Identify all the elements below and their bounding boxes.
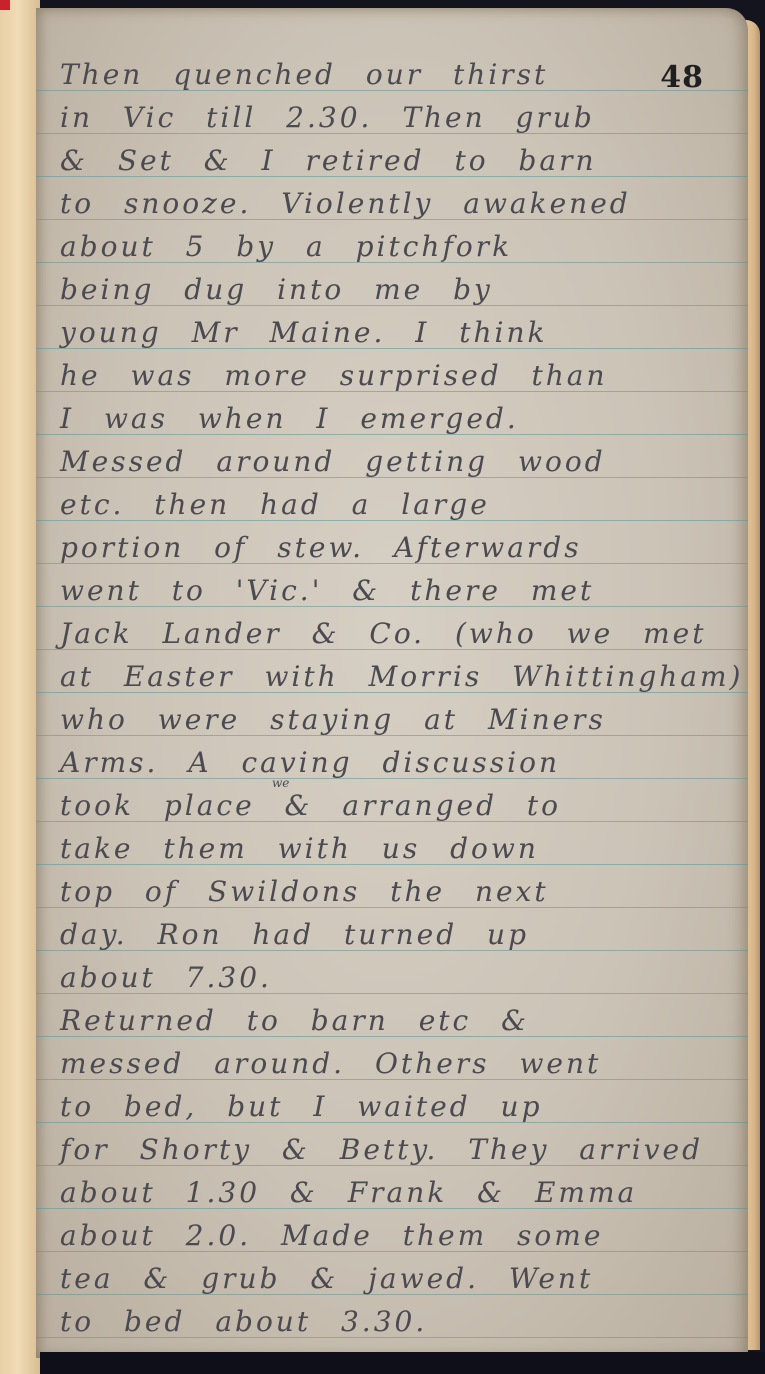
text-line: about 7.30. [60,961,730,995]
text-line: portion of stew. Afterwards [60,531,730,565]
notebook-spine [0,0,40,1374]
text-line: to snooze. Violently awakened [60,187,730,221]
text-line: Arms. A caving discussion [60,746,730,780]
text-line: about 1.30 & Frank & Emma [60,1176,730,1210]
text-line: Jack Lander & Co. (who we met [60,617,730,651]
text-line: Then quenched our thirst [60,58,730,92]
text-line: took place & arranged to [60,789,730,823]
text-line: he was more surprised than [60,359,730,393]
text-line: young Mr Maine. I think [60,316,730,350]
text-line: etc. then had a large [60,488,730,522]
text-line: went to 'Vic.' & there met [60,574,730,608]
text-line: for Shorty & Betty. They arrived [60,1133,730,1167]
text-line: top of Swildons the next [60,875,730,909]
text-line: to bed, but I waited up [60,1090,730,1124]
text-line: Messed around getting wood [60,445,730,479]
red-bookmark-tab [0,0,10,10]
text-line: Returned to barn etc & [60,1004,730,1038]
text-line: & Set & I retired to barn [60,144,730,178]
text-line: take them with us down [60,832,730,866]
text-line: in Vic till 2.30. Then grub [60,101,730,135]
text-line: about 5 by a pitchfork [60,230,730,264]
text-line: day. Ron had turned up [60,918,730,952]
text-line: being dug into me by [60,273,730,307]
background-surface [40,1352,765,1374]
text-line: tea & grub & jawed. Went [60,1262,730,1296]
diary-page: 48 Then quenched our thirstin Vic till 2… [36,8,748,1358]
text-line: I was when I emerged. [60,402,730,436]
text-line: messed around. Others went [60,1047,730,1081]
text-line: about 2.0. Made them some [60,1219,730,1253]
text-line: who were staying at Miners [60,703,730,737]
text-line: at Easter with Morris Whittingham) [60,660,730,694]
insertion-we: we [272,776,289,790]
text-line: to bed about 3.30. [60,1305,730,1339]
